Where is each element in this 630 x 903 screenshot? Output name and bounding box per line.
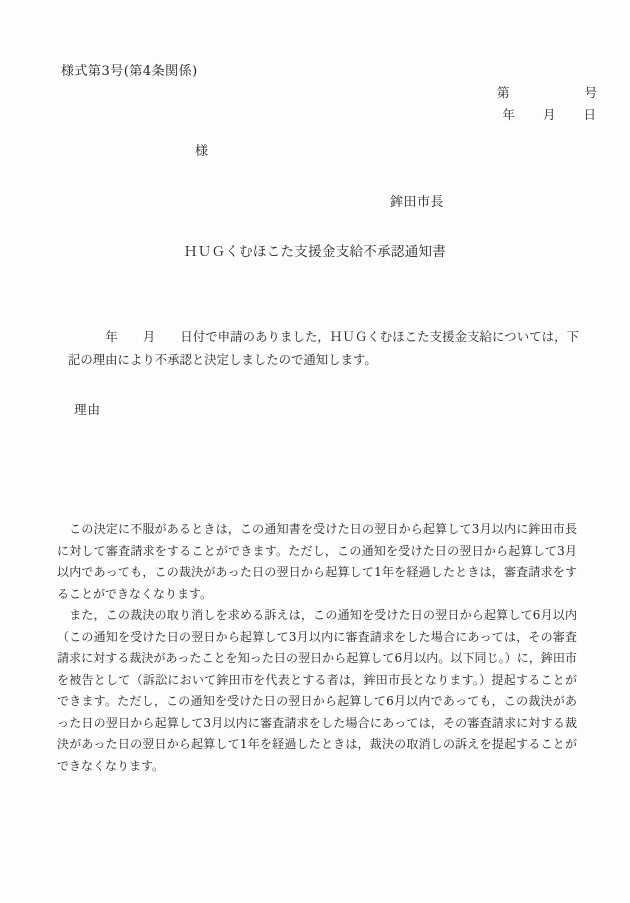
document-number-line: 第 号 <box>497 83 597 101</box>
recipient-honorific: 様 <box>195 140 208 159</box>
document-page: 様式第3号(第4条関係) 第 号 年 月 日 様 鉾田市長 ＨＵＧくむほこた支援… <box>0 0 630 903</box>
appeal-note-paragraph-2: また，この裁決の取り消しを求める訴えは，この通知を受けた日の翌日から起算して6月… <box>57 605 577 777</box>
document-date-line: 年 月 日 <box>502 105 597 123</box>
reason-label: 理由 <box>74 400 101 418</box>
appeal-note-paragraph-1: この決定に不服があるときは，この通知書を受けた日の翌日から起算して3月以内に鉾田… <box>57 519 577 605</box>
notification-body-paragraph: 年 月 日付で申請のありました，ＨＵＧくむほこた支援金支給については，下記の理由… <box>68 325 579 371</box>
appeal-notes-block: この決定に不服があるときは，この通知書を受けた日の翌日から起算して3月以内に鉾田… <box>57 519 577 777</box>
form-number-label: 様式第3号(第4条関係) <box>61 60 198 79</box>
document-title: ＨＵＧくむほこた支援金支給不承認通知書 <box>0 240 630 260</box>
sender-name: 鉾田市長 <box>390 191 444 210</box>
